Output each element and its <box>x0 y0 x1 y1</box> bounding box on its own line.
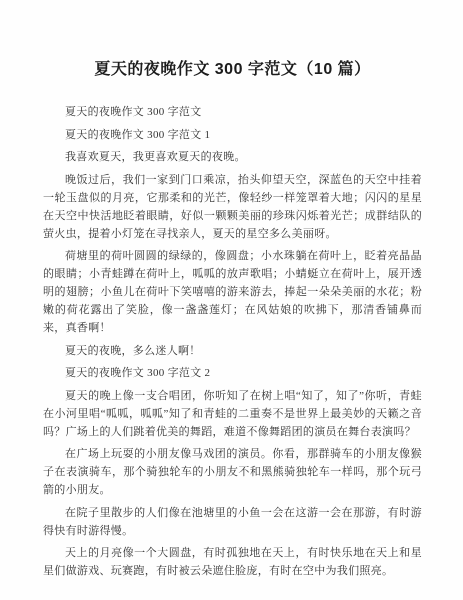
paragraph: 在广场上玩耍的小朋友像马戏团的演员。你看，那群骑车的小朋友像猴子在表演骑车，那个… <box>43 445 422 499</box>
document-title: 夏天的夜晚作文 300 字范文（10 篇） <box>43 60 422 79</box>
paragraph: 天上的月亮像一个大圆盘，有时孤独地在天上，有时快乐地在天上和星星们做游戏、玩赛跑… <box>43 544 422 580</box>
paragraph: 我喜欢夏天，我更喜欢夏天的夜晚。 <box>43 148 422 166</box>
paragraph: 夏天的夜晚，多么迷人啊！ <box>43 342 422 360</box>
section-heading-2: 夏天的夜晚作文 300 字范文 2 <box>43 364 422 382</box>
section-heading-1: 夏天的夜晚作文 300 字范文 1 <box>43 126 422 144</box>
paragraph: 夏天的晚上像一支合唱团，你听知了在树上唱“知了，知了”你听，青蛙在小河里唱“呱呱… <box>43 387 422 441</box>
paragraph: 晚饭过后，我们一家到门口乘凉，抬头仰望天空，深蓝色的天空中挂着一轮玉盘似的月亮，… <box>43 171 422 243</box>
document-page: 夏天的夜晚作文 300 字范文（10 篇） 夏天的夜晚作文 300 字范文 夏天… <box>0 0 463 600</box>
paragraph: 荷塘里的荷叶圆圆的绿绿的，像圆盘；小水珠躺在荷叶上，眨着亮晶晶的眼睛；小青蛙蹲在… <box>43 247 422 337</box>
subtitle-line: 夏天的夜晚作文 300 字范文 <box>43 103 422 121</box>
paragraph: 在院子里散步的人们像在池塘里的小鱼一会在这游一会在那游，有时游得快有时游得慢。 <box>43 504 422 540</box>
